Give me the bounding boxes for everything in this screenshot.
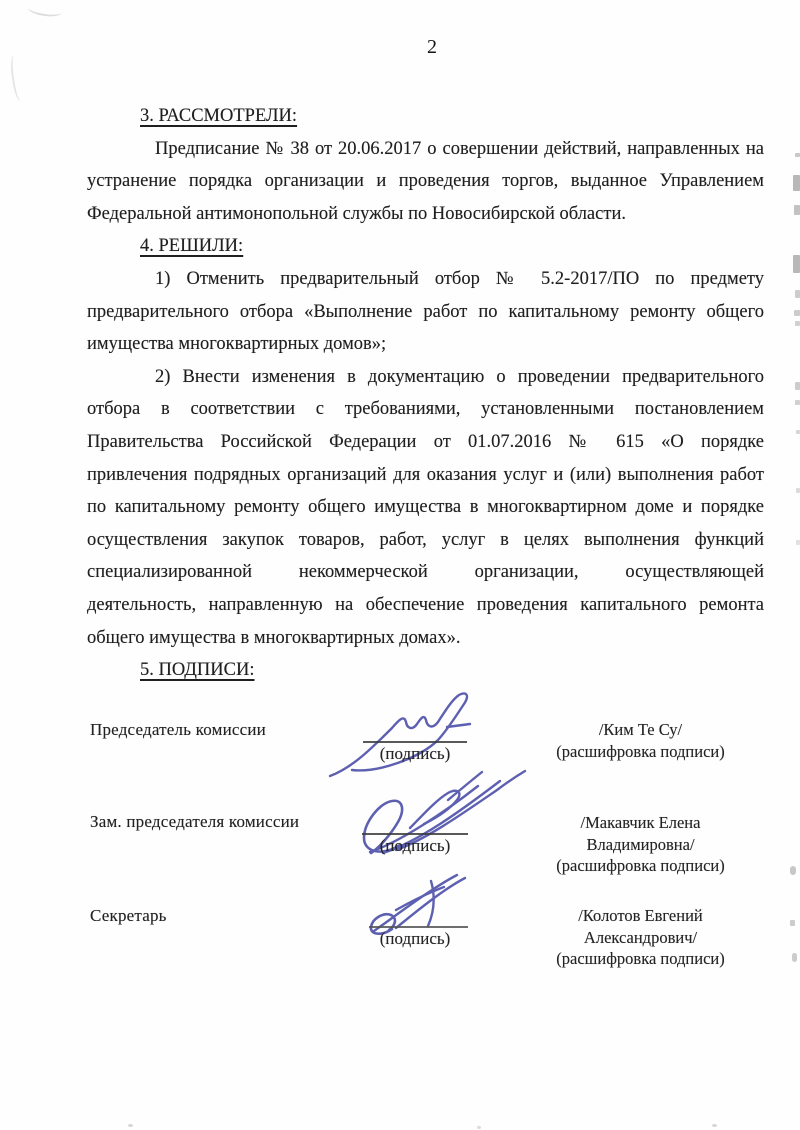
section-3-heading: 3. РАССМОТРЕЛИ: [87,100,764,133]
signature-decode-caption: (расшифровка подписи) [548,855,733,877]
signer-name-secretary: /Колотов Евгений Александрович/ (расшифр… [548,905,733,970]
signer-name-line: /Колотов Евгений [548,905,733,927]
text-line: осуществления закупок товаров, работ, ус… [87,524,764,557]
page-number: 2 [420,36,444,59]
text-line: предварительного отбора «Выполнение рабо… [87,296,764,329]
scan-artifact [794,310,800,316]
text-line: 1) Отменить предварительный отбор № 5.2-… [87,263,764,296]
text-line: деятельность, направленную на обеспечени… [87,589,764,622]
scan-artifact [790,920,795,926]
signer-name-line: Александрович/ [548,927,733,949]
signer-role-secretary: Секретарь [90,906,167,926]
text-line: имущества многоквартирных домов»; [87,328,764,361]
text-line: общего имущества в многоквартирных домах… [87,622,764,655]
signature-line [369,926,468,928]
text-line: Федеральной антимонопольной службы по Но… [87,198,764,231]
signature-caption: (подпись) [355,836,475,856]
text-line: по капитальному ремонту общего имущества… [87,491,764,524]
scan-artifact [795,153,800,157]
signer-name-line: Владимировна/ [548,834,733,856]
section-5-heading: 5. ПОДПИСИ: [87,654,764,687]
text-line: устранение порядка организации и проведе… [87,165,764,198]
signer-role-deputy: Зам. председателя комиссии [90,812,299,832]
section-4-heading: 4. РЕШИЛИ: [87,230,764,263]
scan-artifact [793,255,800,273]
signer-name-deputy: /Макавчик Елена Владимировна/ (расшифров… [548,812,733,877]
text-line: Предписание № 38 от 20.06.2017 о соверше… [87,133,764,166]
scan-artifact [796,540,800,545]
text-line: 2) Внести изменения в документацию о про… [87,361,764,394]
text-line: привлечения подрядных организаций для ок… [87,459,764,492]
signer-name-line: /Макавчик Елена [548,812,733,834]
scan-artifact [712,1124,717,1127]
signature-line [362,833,468,835]
scan-artifact [795,321,800,326]
signature-decode-caption: (расшифровка подписи) [548,741,733,763]
scan-artifact [795,290,800,298]
signer-role-chairman: Председатель комиссии [90,720,266,740]
scan-artifact [794,205,800,215]
signature-decode-caption: (расшифровка подписи) [548,948,733,970]
signer-name-line: /Ким Те Су/ [548,719,733,741]
text-line: специализированной некоммерческой органи… [87,556,764,589]
scan-artifact [790,866,796,875]
signature-caption: (подпись) [355,929,475,949]
scan-artifact [795,400,800,405]
text-line: Правительства Российской Федерации от 01… [87,426,764,459]
scan-artifact [795,382,800,390]
scan-smudge [27,2,62,19]
scan-artifact [128,1124,133,1127]
scan-artifact [793,175,800,191]
scan-artifact [796,430,800,434]
scan-smudge [9,54,27,101]
scan-artifact [792,953,797,962]
scan-artifact [477,1126,481,1129]
signature-line [363,741,467,743]
document-body: 3. РАССМОТРЕЛИ: Предписание № 38 от 20.0… [87,100,764,687]
text-line: отбора в соответствии с требованиями, ус… [87,393,764,426]
scan-artifact [796,488,800,493]
document-page: 2 3. РАССМОТРЕЛИ: Предписание № 38 от 20… [0,0,800,1130]
signer-name-chairman: /Ким Те Су/ (расшифровка подписи) [548,719,733,762]
